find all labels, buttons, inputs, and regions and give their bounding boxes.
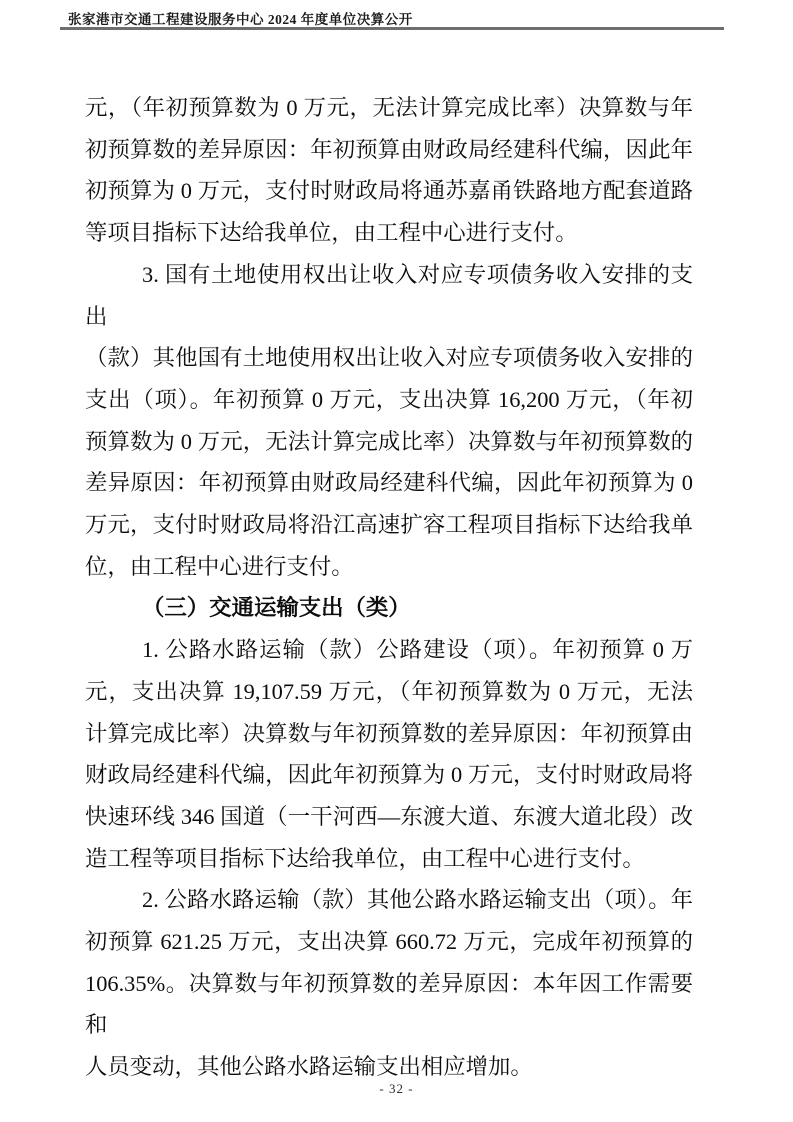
paragraph-line: 位，由工程中心进行支付。 — [85, 546, 693, 588]
document-header-title: 张家港市交通工程建设服务中心 2024 年度单位决算公开 — [68, 8, 413, 28]
paragraph-line: 初预算 621.25 万元，支出决算 660.72 万元，完成年初预算的 — [85, 921, 693, 963]
paragraph-line: 1. 公路水路运输（款）公路建设（项）。年初预算 0 万 — [85, 629, 693, 671]
document-body: 元，（年初预算数为 0 万元，无法计算完成比率）决算数与年初预算数的差异原因：年… — [85, 87, 693, 1088]
paragraph-line: 计算完成比率）决算数与年初预算数的差异原因：年初预算由 — [85, 713, 693, 755]
page-number: - 32 - — [379, 1081, 413, 1096]
paragraph-line: 万元，支付时财政局将沿江高速扩容工程项目指标下达给我单 — [85, 504, 693, 546]
paragraph-line: 预算数为 0 万元，无法计算完成比率）决算数与年初预算数的 — [85, 421, 693, 463]
paragraph-line: （款）其他国有土地使用权出让收入对应专项债务收入安排的 — [85, 337, 693, 379]
paragraph-line: 支出（项）。年初预算 0 万元，支出决算 16,200 万元，（年初 — [85, 379, 693, 421]
paragraph-line: 等项目指标下达给我单位，由工程中心进行支付。 — [85, 212, 693, 254]
page-footer: - 32 - — [0, 1080, 793, 1098]
header-divider — [60, 27, 724, 30]
paragraph-line: 初预算为 0 万元，支付时财政局将通苏嘉甬铁路地方配套道路 — [85, 170, 693, 212]
paragraph-line: 差异原因：年初预算由财政局经建科代编，因此年初预算为 0 — [85, 462, 693, 504]
paragraph-line: 造工程等项目指标下达给我单位，由工程中心进行支付。 — [85, 838, 693, 880]
paragraph-line: 元，（年初预算数为 0 万元，无法计算完成比率）决算数与年 — [85, 87, 693, 129]
paragraph-line: 2. 公路水路运输（款）其他公路水路运输支出（项）。年 — [85, 879, 693, 921]
paragraph-line: 快速环线 346 国道（一干河西—东渡大道、东渡大道北段）改 — [85, 796, 693, 838]
paragraph-line: 财政局经建科代编，因此年初预算为 0 万元，支付时财政局将 — [85, 754, 693, 796]
paragraph-line: 元，支出决算 19,107.59 万元，（年初预算数为 0 万元，无法 — [85, 671, 693, 713]
paragraph-line: 106.35%。决算数与年初预算数的差异原因：本年因工作需要和 — [85, 963, 693, 1046]
paragraph-line: 3. 国有土地使用权出让收入对应专项债务收入安排的支出 — [85, 254, 693, 337]
paragraph-line: 初预算数的差异原因：年初预算由财政局经建科代编，因此年 — [85, 129, 693, 171]
section-heading: （三）交通运输支出（类） — [85, 587, 693, 629]
document-page: 张家港市交通工程建设服务中心 2024 年度单位决算公开 元，（年初预算数为 0… — [0, 0, 793, 1122]
